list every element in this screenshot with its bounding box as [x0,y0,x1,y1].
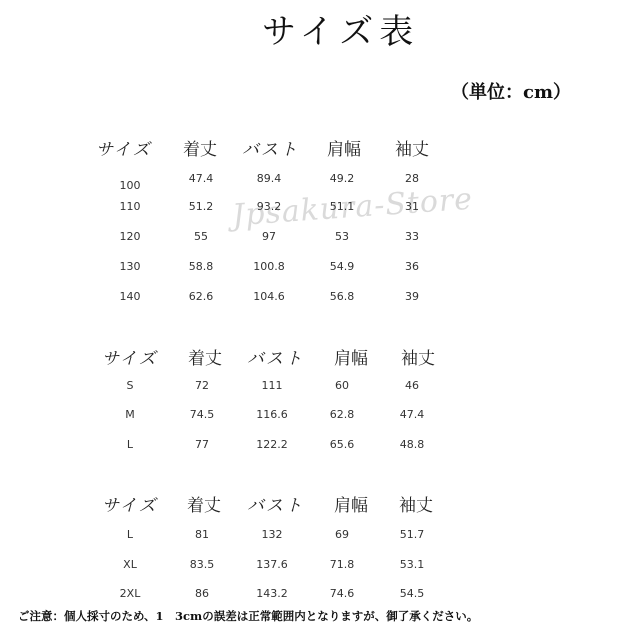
cell-shoulder: 62.8 [330,408,355,421]
header-size: サイズ [102,344,158,369]
cell-size: 2XL [120,587,141,600]
cell-length: 77 [195,438,209,451]
cell-bust: 116.6 [256,408,288,421]
cell-bust: 97 [262,230,276,243]
measurement-note: ご注意：個人採寸のため、1 3cmの誤差は正常範囲内となりますが、御了承ください… [18,608,478,624]
cell-length: 62.6 [189,290,214,303]
cell-bust: 137.6 [256,558,288,571]
header-size: サイズ [96,135,152,160]
cell-size: S [127,379,134,392]
cell-length: 74.5 [190,408,215,421]
cell-bust: 93.2 [257,200,282,213]
cell-bust: 132 [262,528,283,541]
page-title: サイズ表 [262,4,419,53]
header-length: 着丈 [187,491,221,516]
cell-sleeve: 31 [405,200,419,213]
cell-shoulder: 49.2 [330,172,355,185]
cell-length: 55 [194,230,208,243]
header-bust: バスト [247,491,304,516]
cell-size: L [127,528,133,541]
cell-sleeve: 39 [405,290,419,303]
header-bust: バスト [247,344,304,369]
header-shoulder: 肩幅 [334,491,368,516]
cell-length: 83.5 [190,558,215,571]
cell-size: L [127,438,133,451]
cell-shoulder: 65.6 [330,438,355,451]
cell-bust: 104.6 [253,290,285,303]
cell-size: XL [123,558,137,571]
cell-length: 58.8 [189,260,214,273]
cell-sleeve: 53.1 [400,558,425,571]
cell-length: 72 [195,379,209,392]
cell-bust: 143.2 [256,587,288,600]
cell-sleeve: 46 [405,379,419,392]
cell-bust: 122.2 [256,438,288,451]
cell-size: 100 [120,179,141,192]
unit-label: （単位：cm） [451,78,571,104]
cell-bust: 111 [262,379,283,392]
header-length: 着丈 [188,344,222,369]
cell-sleeve: 36 [405,260,419,273]
cell-sleeve: 47.4 [400,408,425,421]
cell-shoulder: 53 [335,230,349,243]
header-sleeve: 袖丈 [399,491,433,516]
cell-sleeve: 33 [405,230,419,243]
cell-length: 81 [195,528,209,541]
cell-size: M [125,408,135,421]
cell-length: 51.2 [189,200,214,213]
header-size: サイズ [102,491,158,516]
cell-shoulder: 56.8 [330,290,355,303]
cell-shoulder: 71.8 [330,558,355,571]
cell-sleeve: 48.8 [400,438,425,451]
cell-bust: 89.4 [257,172,282,185]
header-bust: バスト [242,135,299,160]
cell-sleeve: 54.5 [400,587,425,600]
cell-shoulder: 74.6 [330,587,355,600]
cell-shoulder: 54.9 [330,260,355,273]
header-sleeve: 袖丈 [395,135,429,160]
cell-size: 110 [120,200,141,213]
cell-sleeve: 28 [405,172,419,185]
cell-bust: 100.8 [253,260,285,273]
header-shoulder: 肩幅 [334,344,368,369]
cell-shoulder: 60 [335,379,349,392]
cell-size: 130 [120,260,141,273]
header-length: 着丈 [183,135,217,160]
header-shoulder: 肩幅 [327,135,361,160]
header-sleeve: 袖丈 [401,344,435,369]
cell-shoulder: 51.1 [330,200,355,213]
cell-length: 86 [195,587,209,600]
cell-length: 47.4 [189,172,214,185]
cell-shoulder: 69 [335,528,349,541]
cell-size: 140 [120,290,141,303]
cell-size: 120 [120,230,141,243]
cell-sleeve: 51.7 [400,528,425,541]
